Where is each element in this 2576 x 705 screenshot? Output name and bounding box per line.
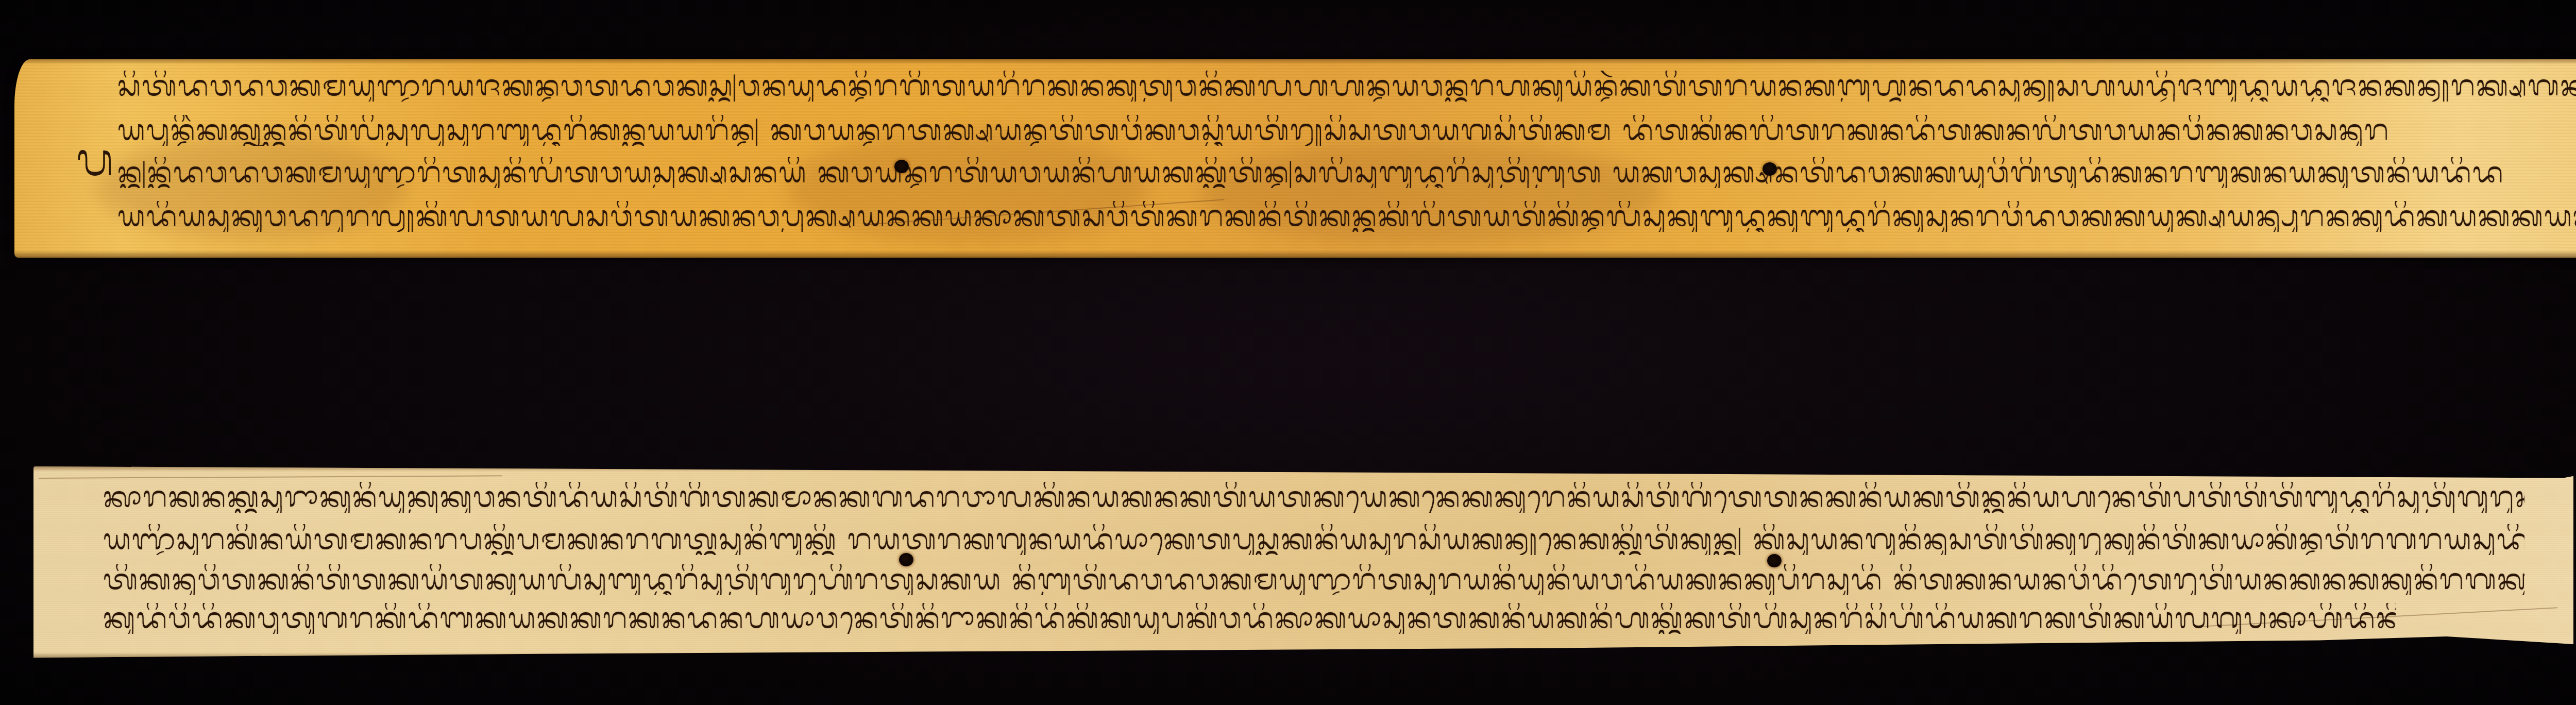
leaf-edge [33, 652, 2573, 660]
binding-hole-left [894, 160, 909, 173]
scratch-mark [39, 475, 502, 479]
manuscript-line-1: ᬓᬵᬭᬓᬦᬓ᭄ᬢᬸᬲᬸᬭᬵᬓᬸᬦᬶᬬᬸᬓ᭄ᬭᬓᬸᬯᬦᬢᬶᬤᬶᬬᬲᬶᬢᬶᬕᬶᬢᬓᬫ… [103, 482, 2524, 513]
manuscript-line-4: ᬬᬤᬶᬬᬲᬸᬓᬸᬯᬤᬭᬸᬭᬮ᭄ᬬᬓᬶᬮᬢᬬᬮᬲᬯᬶᬢᬬᬓᬦᬯᬧ᭄ᬭᬓ᭄ᬱᬬᬦᬓᬬ… [117, 201, 2576, 232]
manuscript-line-3: ᬦ᭄ᬕ᭄ᬭᬦ᭄ᬢᬶᬤᬯᬤᬯᬓᬫᬬᬸᬜ᭄ᬚᬭᬶᬢᬲᬸᬦᬶᬮᬶᬢᬯᬬᬲ᭄ᬭᬓ᭄ᬱᬲᬦ… [117, 157, 2576, 188]
binding-hole-left [899, 553, 913, 566]
leaf-edge [14, 250, 2576, 258]
manuscript-line-4: ᬓᬸᬤᬶᬯᬶᬤᬶᬓᬯᬸᬢᬸᬕᬭᬓᬶᬤᬶᬩᬓᬬᬓᬓᬭᬓᬦᬤᬦᬳᬬᬵᬯᬦᬾᬢᬶᬦᬶᬭ… [103, 603, 2396, 634]
binding-hole-right [1767, 554, 1782, 567]
leaf-edge [14, 59, 2576, 64]
manuscript-line-2: ᬬᬜ᭄ᬚᬶᬲᬸᬭᬓᬶᬦᬬᬶᬢᬫᬓᬦᬭᬧᬓ᭄ᬢᬶᬧᬫᬓᬦᬭᬕᬢ᭄ᬓᬸᬲᬸᬦᬶᬩᬸᬓ… [103, 524, 2524, 555]
binding-hole-right [1762, 162, 1777, 176]
palm-leaf-top: ᬧ ᬲᬶᬢᬶᬤᬯᬤᬯᬓᬫᬬᬸᬜ᭄ᬚᬭᬬᬚᬓᬦ᭄ᬤᬯᬢᬤᬯᬓᬲ᭄ᬢ᭄ᬭᬯᬦᬬᬸᬤᬦ… [14, 59, 2576, 258]
palm-leaf-bottom: ᬓᬵᬭᬓᬦᬓ᭄ᬢᬸᬲᬸᬭᬵᬓᬸᬦᬶᬬᬸᬓ᭄ᬭᬓᬸᬯᬦᬢᬶᬤᬶᬬᬲᬶᬢᬶᬕᬶᬢᬓᬫ… [33, 466, 2573, 660]
manuscript-line-1: ᬲᬶᬢᬶᬤᬯᬤᬯᬓᬫᬬᬸᬜ᭄ᬚᬭᬬᬚᬓᬦ᭄ᬤᬯᬢᬤᬯᬓᬲ᭄ᬢ᭄ᬭᬯᬦᬬᬸᬤᬦ᭄ᬤ… [117, 71, 2576, 102]
margin-glyph: ᬧ [76, 137, 114, 183]
leaf-edge [33, 466, 2573, 472]
manuscript-line-2: ᬬᬧᬸᬦ᭄ᬤᬶᬃᬓᬓ᭄ᬦᬦ᭄ᬢᬦᬶᬢᬶᬮᬶᬲ᭄ᬭᬮᬸᬲᬸᬭᬩᬸᬤ᭄ᬥᬭᬶᬓᬦ᭄ᬢ… [117, 115, 2576, 146]
manuscript-line-3: ᬢᬶᬓᬦᬸᬯᬶᬢᬓᬦᬶᬢᬶᬢᬓᬬᬶᬢᬓᬸᬬᬮᬶᬲᬸᬩᬸᬤ᭄ᬥᬭᬶᬲᬸᬢ᭄ᬭᬶᬕᬸ… [103, 564, 2524, 595]
